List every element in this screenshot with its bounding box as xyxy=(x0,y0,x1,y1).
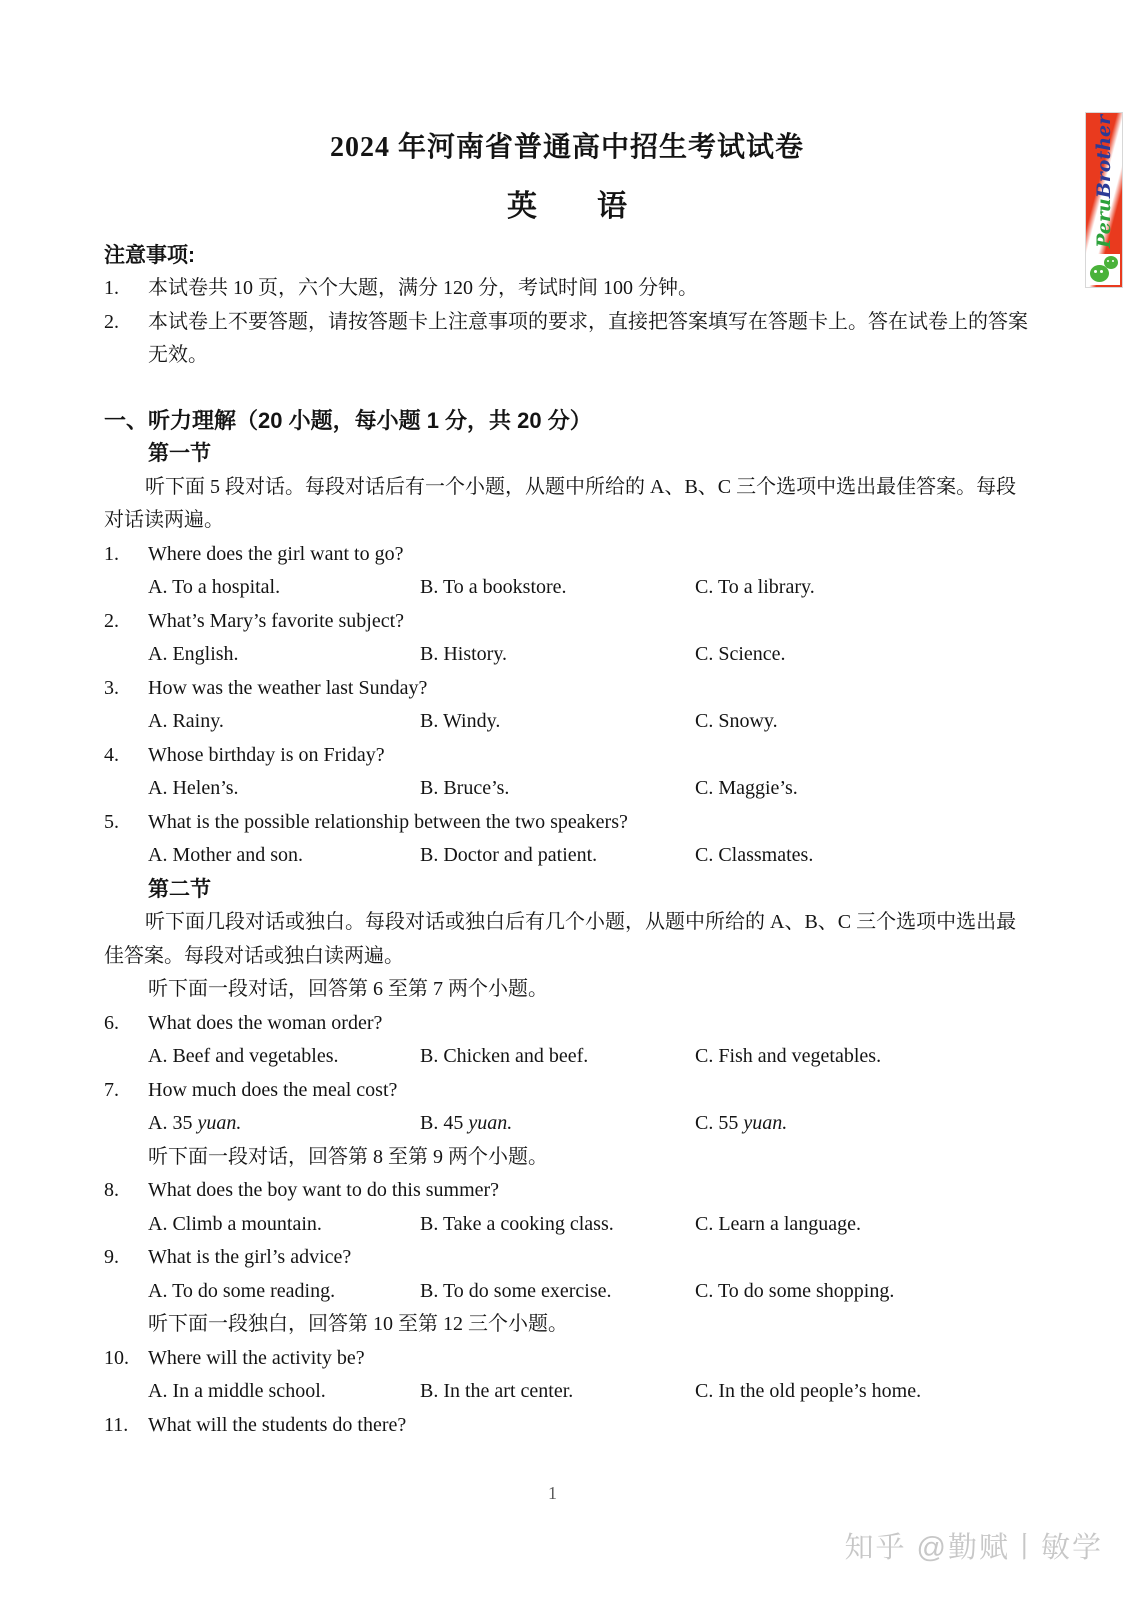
listening-hint-q6-q7: 听下面一段对话，回答第 6 至第 7 两个小题。 xyxy=(104,973,1030,1007)
part1-intro-line: 对话读两遍。 xyxy=(104,504,1030,538)
question-text: What will the students do there? xyxy=(148,1409,1030,1443)
question-text: How much does the meal cost? xyxy=(148,1074,1030,1108)
wechat-icon xyxy=(1088,254,1120,285)
option-a: A. To a hospital. xyxy=(148,571,420,605)
question-8-options: A. Climb a mountain. B. Take a cooking c… xyxy=(104,1208,1030,1242)
part1-intro-line: 听下面 5 段对话。每段对话后有一个小题，从题中所给的 A、B、C 三个选项中选… xyxy=(104,471,1030,505)
option-a: A. Mother and son. xyxy=(148,839,420,873)
option-text: B. 45 xyxy=(420,1112,468,1134)
question-number: 4. xyxy=(104,739,148,773)
question-text: Where will the activity be? xyxy=(148,1342,1030,1376)
notice-item-text: 本试卷上不要答题，请按答题卡上注意事项的要求，直接把答案填写在答题卡上。答在试卷… xyxy=(148,306,1030,373)
option-b: B. Bruce’s. xyxy=(420,772,695,806)
question-3: 3. How was the weather last Sunday? xyxy=(104,672,1030,706)
option-c: C. In the old people’s home. xyxy=(695,1375,1030,1409)
notice-item-line: 无效。 xyxy=(148,339,1030,373)
question-9-options: A. To do some reading. B. To do some exe… xyxy=(104,1275,1030,1309)
option-b: B. Chicken and beef. xyxy=(420,1040,695,1074)
option-a: A. In a middle school. xyxy=(148,1375,420,1409)
question-5-options: A. Mother and son. B. Doctor and patient… xyxy=(104,839,1030,873)
wechat-bubble-dot xyxy=(1100,270,1103,273)
notice-item-2: 2. 本试卷上不要答题，请按答题卡上注意事项的要求，直接把答案填写在答题卡上。答… xyxy=(104,306,1030,373)
option-text: A. 35 xyxy=(148,1112,197,1134)
question-number: 11. xyxy=(104,1409,148,1443)
question-number: 1. xyxy=(104,538,148,572)
brand-banner: PeruBrother xyxy=(1085,112,1123,288)
question-number: 6. xyxy=(104,1007,148,1041)
section-heading-listening: 一、听力理解（20 小题，每小题 1 分，共 20 分） xyxy=(104,404,1030,438)
notice-item-text: 本试卷共 10 页，六个大题，满分 120 分，考试时间 100 分钟。 xyxy=(148,272,1030,306)
part2-heading: 第二节 xyxy=(104,873,1030,907)
zhihu-watermark: 知乎 @勤赋丨敏学 xyxy=(845,1530,1104,1566)
option-b: B. 45 yuan. xyxy=(420,1107,695,1141)
notice-item-1: 1. 本试卷共 10 页，六个大题，满分 120 分，考试时间 100 分钟。 xyxy=(104,272,1030,306)
notice-item-number: 2. xyxy=(104,306,148,373)
question-number: 10. xyxy=(104,1342,148,1376)
option-text-italic: yuan. xyxy=(468,1112,512,1134)
notice-item-number: 1. xyxy=(104,272,148,306)
question-number: 9. xyxy=(104,1241,148,1275)
option-a: A. To do some reading. xyxy=(148,1275,420,1309)
question-4-options: A. Helen’s. B. Bruce’s. C. Maggie’s. xyxy=(104,772,1030,806)
brand-name-brother: Brother xyxy=(1093,115,1115,198)
option-b: B. Take a cooking class. xyxy=(420,1208,695,1242)
question-6: 6. What does the woman order? xyxy=(104,1007,1030,1041)
option-a: A. 35 yuan. xyxy=(148,1107,420,1141)
option-c: C. To do some shopping. xyxy=(695,1275,1030,1309)
listening-hint-q8-q9: 听下面一段对话，回答第 8 至第 9 两个小题。 xyxy=(104,1141,1030,1175)
question-text: What does the boy want to do this summer… xyxy=(148,1174,1030,1208)
option-b: B. Windy. xyxy=(420,705,695,739)
option-text-italic: yuan. xyxy=(743,1112,787,1134)
page-number: 1 xyxy=(548,1482,557,1504)
option-c: C. Learn a language. xyxy=(695,1208,1030,1242)
question-1: 1. Where does the girl want to go? xyxy=(104,538,1030,572)
question-number: 3. xyxy=(104,672,148,706)
notice-heading: 注意事项: xyxy=(104,240,1030,272)
question-5: 5. What is the possible relationship bet… xyxy=(104,806,1030,840)
question-11: 11. What will the students do there? xyxy=(104,1409,1030,1443)
option-b: B. To a bookstore. xyxy=(420,571,695,605)
question-10-options: A. In a middle school. B. In the art cen… xyxy=(104,1375,1030,1409)
question-7: 7. How much does the meal cost? xyxy=(104,1074,1030,1108)
question-2-options: A. English. B. History. C. Science. xyxy=(104,638,1030,672)
option-c: C. To a library. xyxy=(695,571,1030,605)
option-a: A. English. xyxy=(148,638,420,672)
option-c: C. Science. xyxy=(695,638,1030,672)
part2-intro-line: 听下面几段对话或独白。每段对话或独白后有几个小题，从题中所给的 A、B、C 三个… xyxy=(104,906,1030,940)
question-text: Where does the girl want to go? xyxy=(148,538,1030,572)
notice-item-line: 本试卷上不要答题，请按答题卡上注意事项的要求，直接把答案填写在答题卡上。答在试卷… xyxy=(148,306,1030,340)
question-number: 2. xyxy=(104,605,148,639)
option-text: C. 55 xyxy=(695,1112,743,1134)
option-b: B. In the art center. xyxy=(420,1375,695,1409)
option-c: C. 55 yuan. xyxy=(695,1107,1030,1141)
part1-heading: 第一节 xyxy=(104,437,1030,471)
question-10: 10. Where will the activity be? xyxy=(104,1342,1030,1376)
option-text-italic: yuan. xyxy=(197,1112,241,1134)
wechat-bubble-small xyxy=(1104,256,1118,269)
question-text: What is the possible relationship betwee… xyxy=(148,806,1030,840)
option-a: A. Climb a mountain. xyxy=(148,1208,420,1242)
option-b: B. To do some exercise. xyxy=(420,1275,695,1309)
wechat-bubble-dot xyxy=(1094,270,1097,273)
question-text: What is the girl’s advice? xyxy=(148,1241,1030,1275)
option-c: C. Classmates. xyxy=(695,839,1030,873)
page-title: 2024 年河南省普通高中招生考试试卷 xyxy=(104,130,1030,166)
part2-intro-line: 佳答案。每段对话或独白读两遍。 xyxy=(104,940,1030,974)
question-text: What’s Mary’s favorite subject? xyxy=(148,605,1030,639)
wechat-bubble-dot xyxy=(1112,260,1114,262)
option-c: C. Fish and vegetables. xyxy=(695,1040,1030,1074)
question-text: What does the woman order? xyxy=(148,1007,1030,1041)
question-text: Whose birthday is on Friday? xyxy=(148,739,1030,773)
question-number: 7. xyxy=(104,1074,148,1108)
question-text: How was the weather last Sunday? xyxy=(148,672,1030,706)
page-content: 2024 年河南省普通高中招生考试试卷 英 语 注意事项: 1. 本试卷共 10… xyxy=(104,0,1030,1442)
question-number: 8. xyxy=(104,1174,148,1208)
option-b: B. History. xyxy=(420,638,695,672)
subject-title: 英 语 xyxy=(104,188,1030,226)
option-a: A. Rainy. xyxy=(148,705,420,739)
option-c: C. Snowy. xyxy=(695,705,1030,739)
question-8: 8. What does the boy want to do this sum… xyxy=(104,1174,1030,1208)
option-b: B. Doctor and patient. xyxy=(420,839,695,873)
option-a: A. Helen’s. xyxy=(148,772,420,806)
question-1-options: A. To a hospital. B. To a bookstore. C. … xyxy=(104,571,1030,605)
listening-hint-q10-q12: 听下面一段独白，回答第 10 至第 12 三个小题。 xyxy=(104,1308,1030,1342)
wechat-bubble-dot xyxy=(1107,260,1109,262)
question-9: 9. What is the girl’s advice? xyxy=(104,1241,1030,1275)
option-a: A. Beef and vegetables. xyxy=(148,1040,420,1074)
exam-paper-page: 2024 年河南省普通高中招生考试试卷 英 语 注意事项: 1. 本试卷共 10… xyxy=(0,0,1131,1600)
question-6-options: A. Beef and vegetables. B. Chicken and b… xyxy=(104,1040,1030,1074)
question-number: 5. xyxy=(104,806,148,840)
brand-name-peru: Peru xyxy=(1093,198,1115,248)
question-3-options: A. Rainy. B. Windy. C. Snowy. xyxy=(104,705,1030,739)
question-2: 2. What’s Mary’s favorite subject? xyxy=(104,605,1030,639)
question-4: 4. Whose birthday is on Friday? xyxy=(104,739,1030,773)
option-c: C. Maggie’s. xyxy=(695,772,1030,806)
question-7-options: A. 35 yuan. B. 45 yuan. C. 55 yuan. xyxy=(104,1107,1030,1141)
